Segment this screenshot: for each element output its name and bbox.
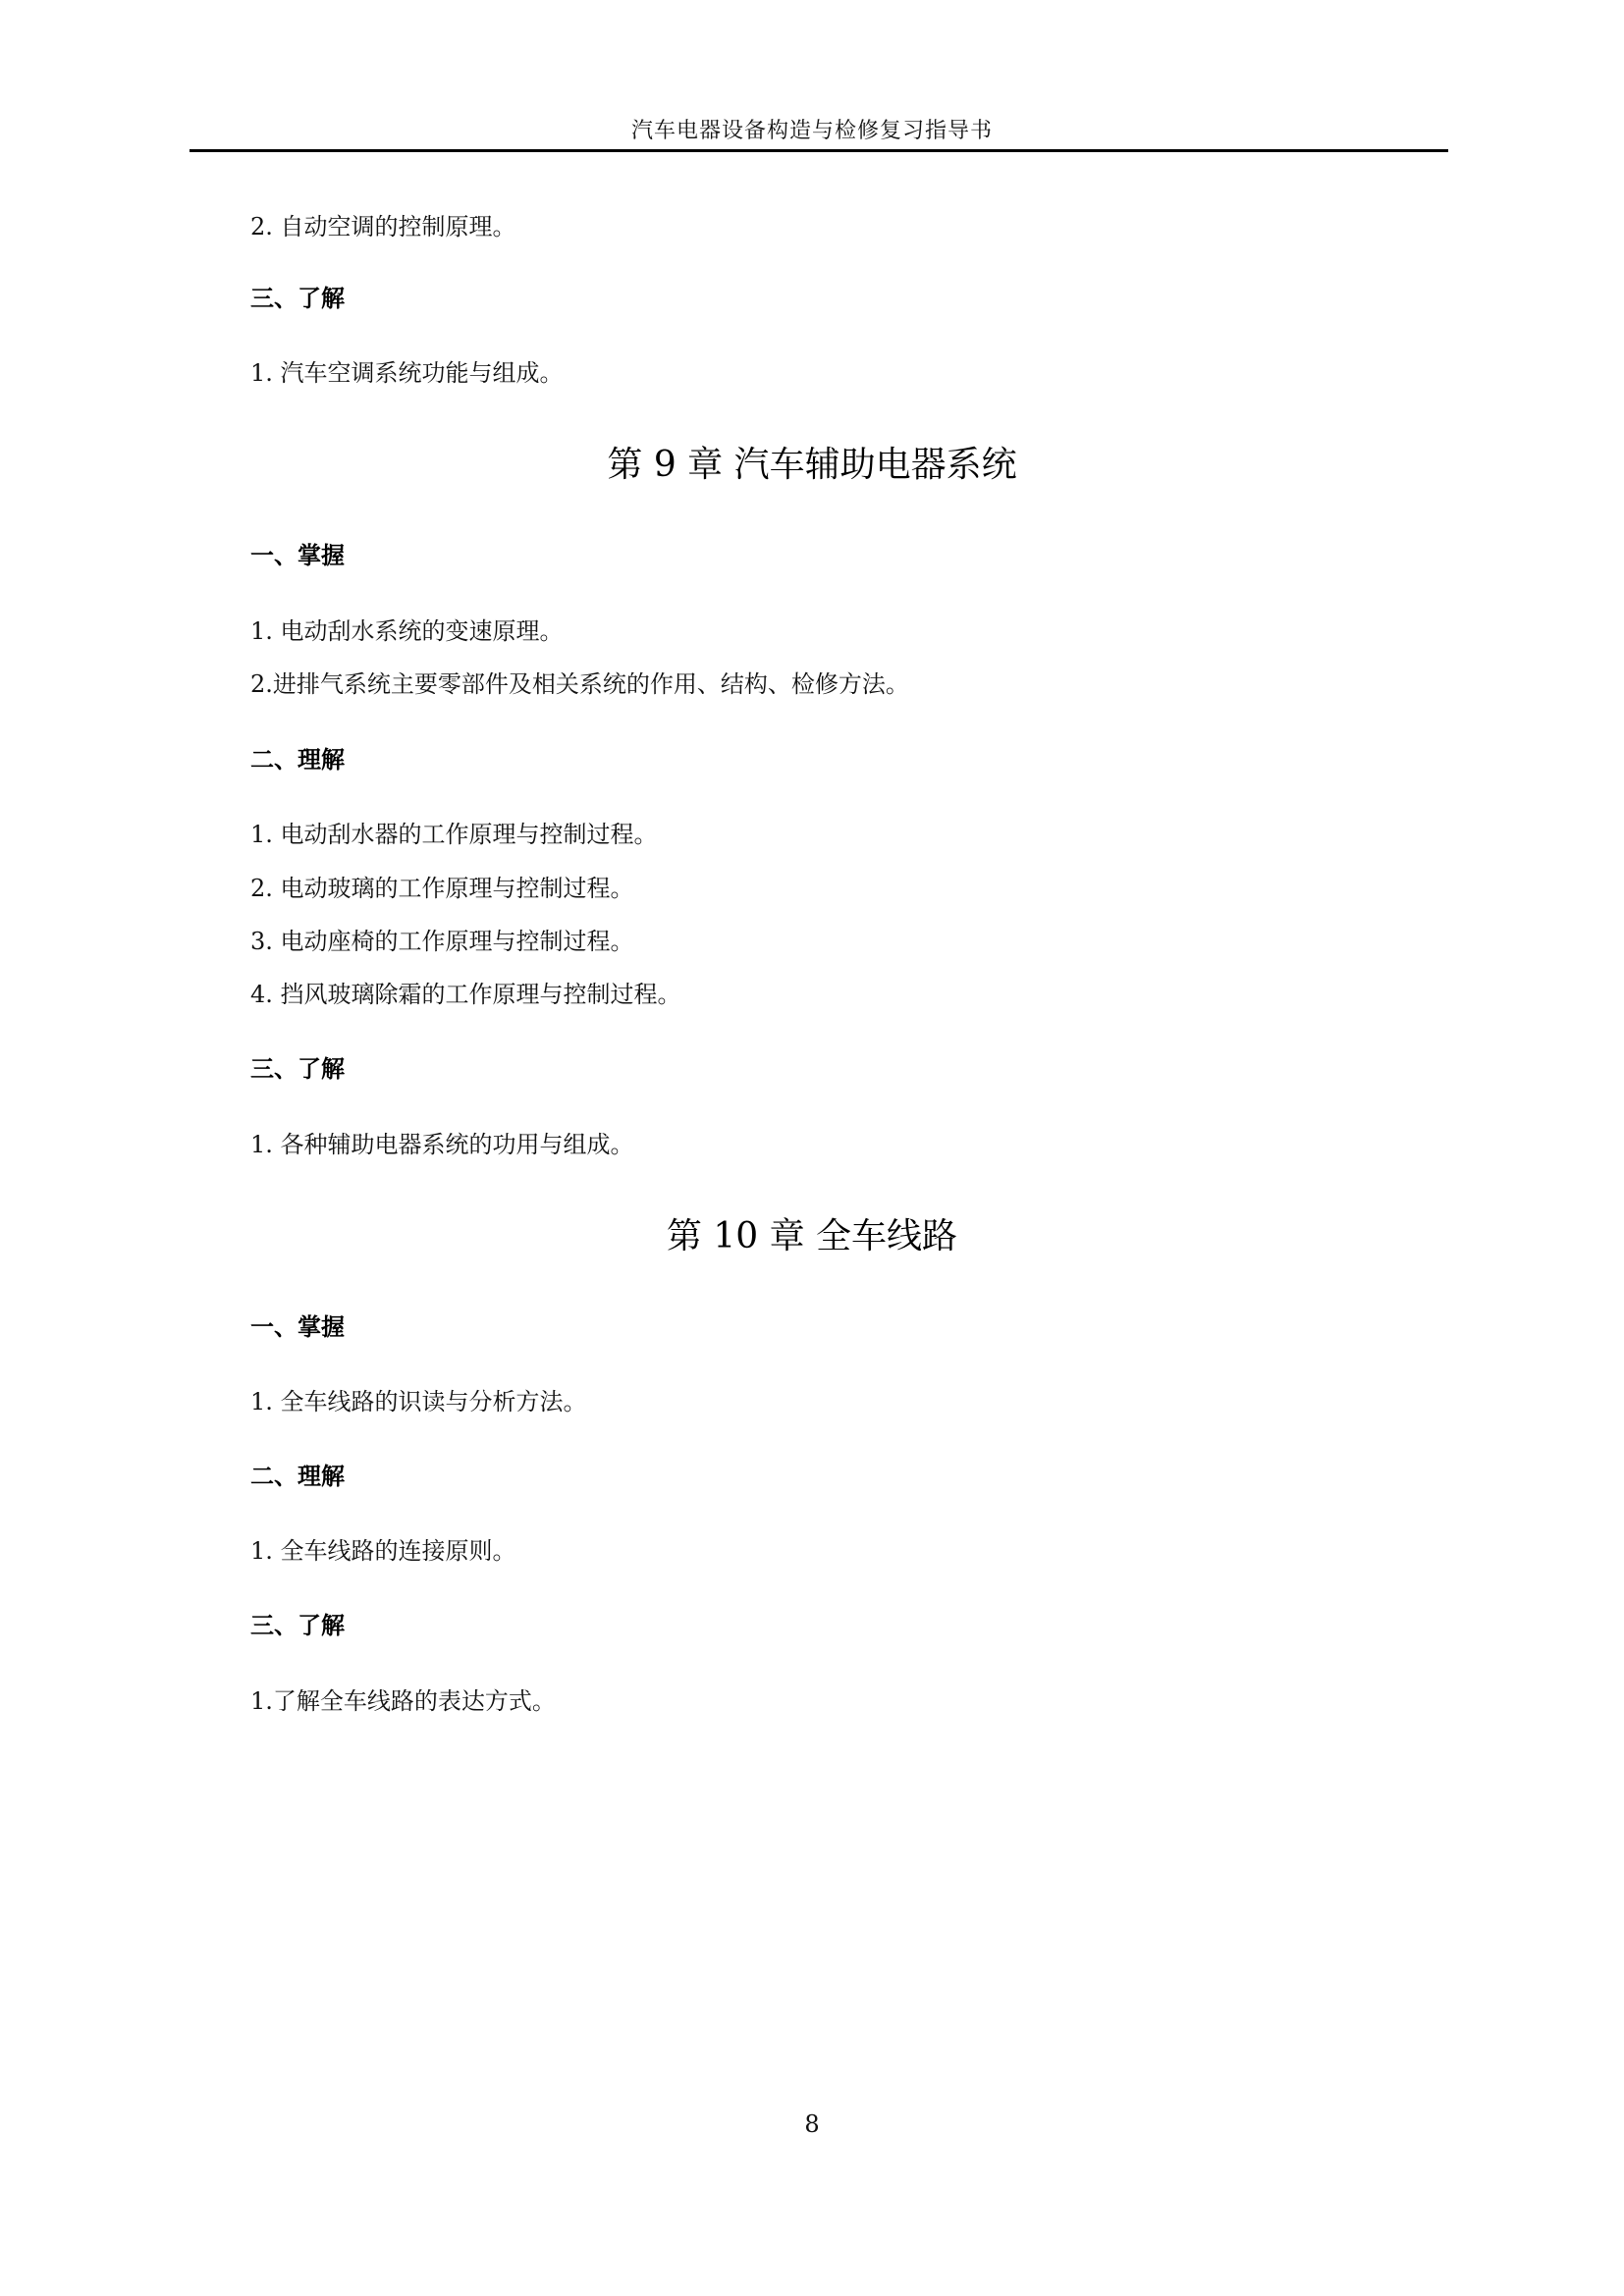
section-heading: 三、了解 xyxy=(250,1054,345,1084)
section-heading: 二、理解 xyxy=(250,745,345,774)
running-header: 汽车电器设备构造与检修复习指导书 xyxy=(0,114,1624,144)
chapter-title: 第 10 章 全车线路 xyxy=(0,1215,1624,1258)
list-item: 3. 电动座椅的工作原理与控制过程。 xyxy=(250,927,634,956)
section-heading: 二、理解 xyxy=(250,1462,345,1491)
list-item: 1. 各种辅助电器系统的功用与组成。 xyxy=(250,1130,634,1159)
list-item: 4. 挡风玻璃除霜的工作原理与控制过程。 xyxy=(250,980,681,1009)
section-heading: 一、掌握 xyxy=(250,1312,345,1342)
list-item: 2. 自动空调的控制原理。 xyxy=(250,212,516,241)
page-number: 8 xyxy=(0,2110,1624,2138)
list-item: 1. 汽车空调系统功能与组成。 xyxy=(250,358,564,388)
list-item: 1.了解全车线路的表达方式。 xyxy=(250,1686,556,1716)
section-heading: 三、了解 xyxy=(250,284,345,313)
header-divider xyxy=(189,149,1448,152)
list-item: 2. 电动玻璃的工作原理与控制过程。 xyxy=(250,874,634,903)
list-item: 1. 电动刮水系统的变速原理。 xyxy=(250,616,564,646)
chapter-title: 第 9 章 汽车辅助电器系统 xyxy=(0,444,1624,487)
list-item: 1. 电动刮水器的工作原理与控制过程。 xyxy=(250,820,658,849)
list-item: 1. 全车线路的连接原则。 xyxy=(250,1536,516,1566)
section-heading: 三、了解 xyxy=(250,1611,345,1640)
section-heading: 一、掌握 xyxy=(250,541,345,570)
list-item: 2.进排气系统主要零部件及相关系统的作用、结构、检修方法。 xyxy=(250,669,909,699)
list-item: 1. 全车线路的识读与分析方法。 xyxy=(250,1387,587,1416)
